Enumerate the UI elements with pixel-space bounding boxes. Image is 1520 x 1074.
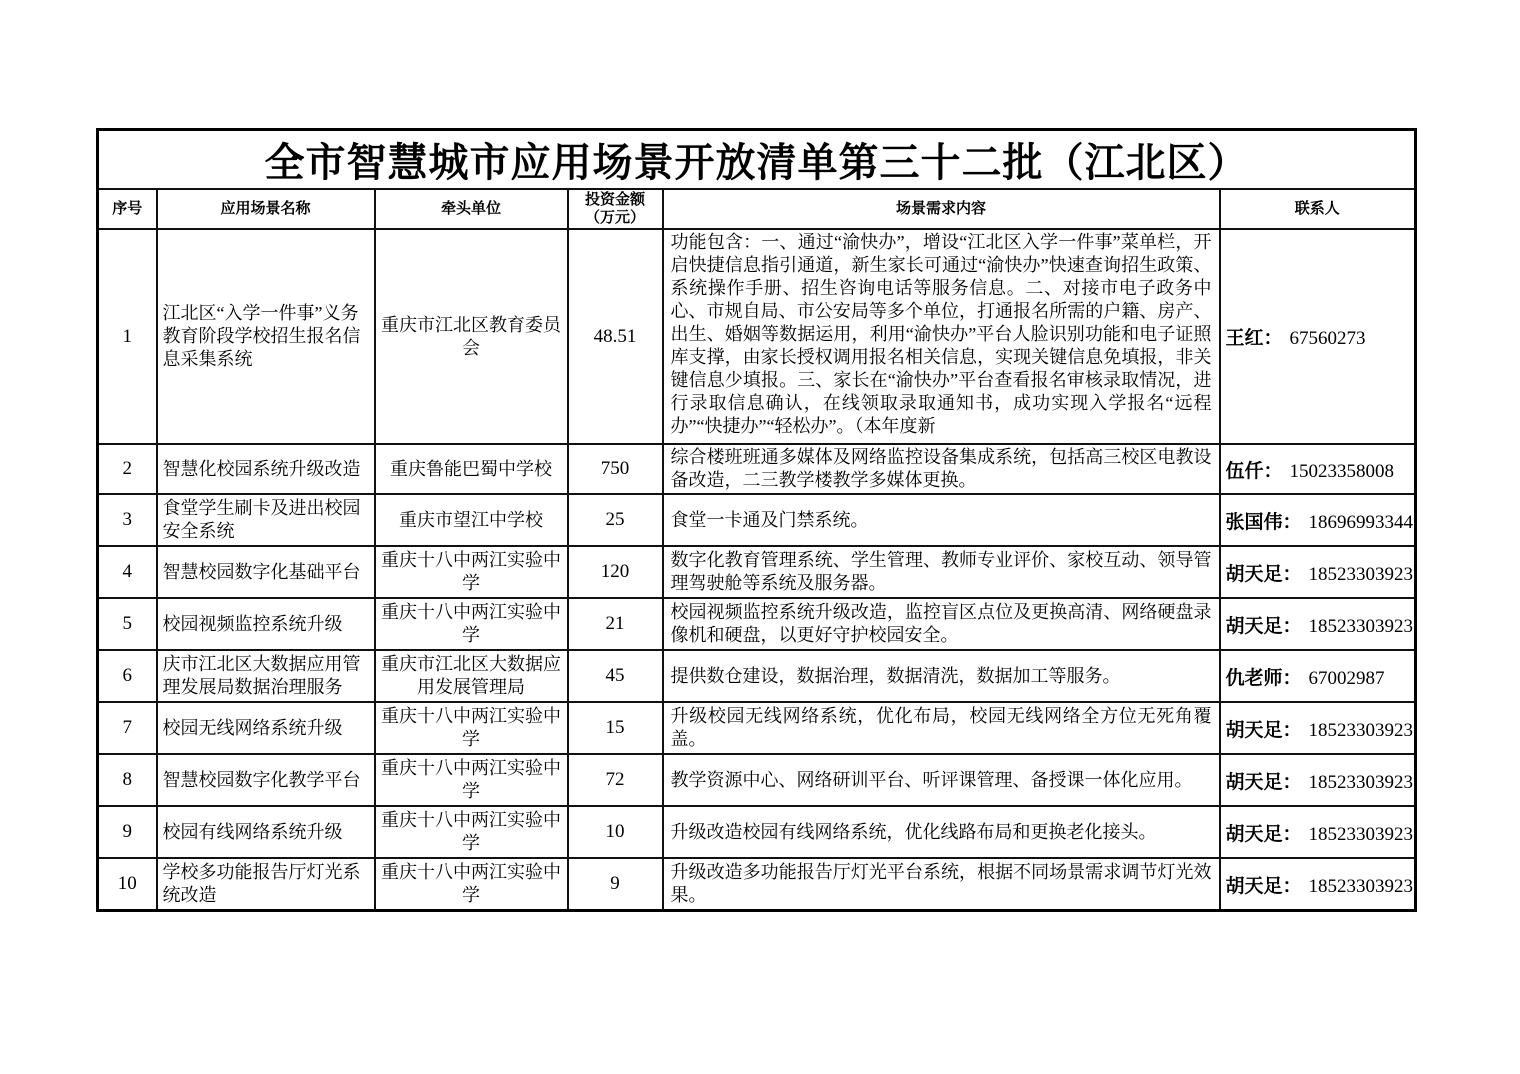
table-row: 4 智慧校园数字化基础平台 重庆十八中两江实验中学 120 数字化教育管理系统、… (98, 546, 1416, 598)
contact-phone: 18523303923 (1309, 720, 1414, 741)
cell-amount: 750 (568, 444, 663, 494)
col-header-amount-line2: （万元） (571, 209, 660, 227)
cell-name: 校园有线网络系统升级 (157, 806, 375, 858)
contact-phone: 15023358008 (1290, 461, 1395, 482)
cell-no: 8 (98, 754, 157, 806)
contact-phone: 18523303923 (1309, 564, 1414, 585)
cell-contact: 胡天足：18523303923 (1220, 702, 1416, 754)
contact-name: 胡天足： (1226, 876, 1302, 897)
cell-unit: 重庆市江北区大数据应用发展管理局 (375, 650, 568, 702)
cell-content: 升级校园无线网络系统，优化布局，校园无线网络全方位无死角覆盖。 (663, 702, 1220, 754)
cell-content: 功能包含：一、通过“渝快办”，增设“江北区入学一件事”菜单栏，开启快捷信息指引通… (663, 229, 1220, 444)
cell-no: 4 (98, 546, 157, 598)
cell-name: 智慧化校园系统升级改造 (157, 444, 375, 494)
cell-name: 食堂学生刷卡及进出校园安全系统 (157, 494, 375, 546)
cell-contact: 胡天足：18523303923 (1220, 598, 1416, 650)
cell-content: 数字化教育管理系统、学生管理、教师专业评价、家校互动、领导管理驾驶舱等系统及服务… (663, 546, 1220, 598)
table-row: 2 智慧化校园系统升级改造 重庆鲁能巴蜀中学校 750 综合楼班班通多媒体及网络… (98, 444, 1416, 494)
title-row: 全市智慧城市应用场景开放清单第三十二批（江北区） (98, 130, 1416, 190)
col-header-contact: 联系人 (1220, 189, 1416, 229)
cell-unit: 重庆十八中两江实验中学 (375, 702, 568, 754)
cell-contact: 胡天足：18523303923 (1220, 754, 1416, 806)
table-row: 7 校园无线网络系统升级 重庆十八中两江实验中学 15 升级校园无线网络系统，优… (98, 702, 1416, 754)
table-row: 1 江北区“入学一件事”义务教育阶段学校招生报名信息采集系统 重庆市江北区教育委… (98, 229, 1416, 444)
col-header-no: 序号 (98, 189, 157, 229)
document-page: 全市智慧城市应用场景开放清单第三十二批（江北区） 序号 应用场景名称 牵头单位 … (0, 0, 1520, 1074)
table-row: 3 食堂学生刷卡及进出校园安全系统 重庆市望江中学校 25 食堂一卡通及门禁系统… (98, 494, 1416, 546)
cell-content: 提供数仓建设，数据治理，数据清洗，数据加工等服务。 (663, 650, 1220, 702)
cell-contact: 胡天足：18523303923 (1220, 806, 1416, 858)
cell-contact: 胡天足：18523303923 (1220, 546, 1416, 598)
cell-contact: 伍仟：15023358008 (1220, 444, 1416, 494)
cell-no: 1 (98, 229, 157, 444)
contact-phone: 67560273 (1290, 328, 1366, 349)
cell-no: 2 (98, 444, 157, 494)
contact-phone: 67002987 (1309, 668, 1385, 689)
cell-name: 学校多功能报告厅灯光系统改造 (157, 858, 375, 911)
contact-phone: 18523303923 (1309, 876, 1414, 897)
cell-unit: 重庆十八中两江实验中学 (375, 754, 568, 806)
cell-amount: 9 (568, 858, 663, 911)
cell-contact: 仇老师：67002987 (1220, 650, 1416, 702)
cell-unit: 重庆十八中两江实验中学 (375, 858, 568, 911)
table-row: 5 校园视频监控系统升级 重庆十八中两江实验中学 21 校园视频监控系统升级改造… (98, 598, 1416, 650)
table-row: 10 学校多功能报告厅灯光系统改造 重庆十八中两江实验中学 9 升级改造多功能报… (98, 858, 1416, 911)
cell-amount: 120 (568, 546, 663, 598)
cell-content: 升级改造校园有线网络系统，优化线路布局和更换老化接头。 (663, 806, 1220, 858)
content-text: 功能包含：一、通过“渝快办”，增设“江北区入学一件事”菜单栏，开启快捷信息指引通… (671, 231, 1212, 442)
contact-phone: 18696993344 (1309, 512, 1414, 533)
contact-name: 伍仟： (1226, 461, 1283, 482)
contact-name: 胡天足： (1226, 564, 1302, 585)
cell-no: 5 (98, 598, 157, 650)
cell-no: 6 (98, 650, 157, 702)
table-row: 9 校园有线网络系统升级 重庆十八中两江实验中学 10 升级改造校园有线网络系统… (98, 806, 1416, 858)
cell-unit: 重庆十八中两江实验中学 (375, 598, 568, 650)
contact-name: 仇老师： (1226, 668, 1302, 689)
cell-amount: 15 (568, 702, 663, 754)
cell-contact: 张国伟：18696993344 (1220, 494, 1416, 546)
cell-unit: 重庆十八中两江实验中学 (375, 806, 568, 858)
cell-name: 智慧校园数字化基础平台 (157, 546, 375, 598)
col-header-name: 应用场景名称 (157, 189, 375, 229)
cell-unit: 重庆市望江中学校 (375, 494, 568, 546)
contact-phone: 18523303923 (1309, 772, 1414, 793)
cell-no: 3 (98, 494, 157, 546)
cell-amount: 25 (568, 494, 663, 546)
contact-phone: 18523303923 (1309, 824, 1414, 845)
col-header-content: 场景需求内容 (663, 189, 1220, 229)
cell-content: 综合楼班班通多媒体及网络监控设备集成系统，包括高三校区电教设备改造，二三教学楼教… (663, 444, 1220, 494)
col-header-amount-line1: 投资金额 (571, 191, 660, 209)
cell-no: 7 (98, 702, 157, 754)
col-header-amount: 投资金额（万元） (568, 189, 663, 229)
open-list-table: 全市智慧城市应用场景开放清单第三十二批（江北区） 序号 应用场景名称 牵头单位 … (96, 128, 1417, 912)
cell-content: 升级改造多功能报告厅灯光平台系统，根据不同场景需求调节灯光效果。 (663, 858, 1220, 911)
contact-name: 胡天足： (1226, 824, 1302, 845)
cell-contact: 王红：67560273 (1220, 229, 1416, 444)
header-row: 序号 应用场景名称 牵头单位 投资金额（万元） 场景需求内容 联系人 (98, 189, 1416, 229)
contact-phone: 18523303923 (1309, 616, 1414, 637)
contact-name: 胡天足： (1226, 772, 1302, 793)
cell-content: 食堂一卡通及门禁系统。 (663, 494, 1220, 546)
page-title: 全市智慧城市应用场景开放清单第三十二批（江北区） (98, 130, 1416, 190)
cell-name: 庆市江北区大数据应用管理发展局数据治理服务 (157, 650, 375, 702)
cell-amount: 72 (568, 754, 663, 806)
cell-content: 教学资源中心、网络研训平台、听评课管理、备授课一体化应用。 (663, 754, 1220, 806)
cell-amount: 48.51 (568, 229, 663, 444)
cell-unit: 重庆鲁能巴蜀中学校 (375, 444, 568, 494)
cell-no: 10 (98, 858, 157, 911)
cell-contact: 胡天足：18523303923 (1220, 858, 1416, 911)
cell-unit: 重庆十八中两江实验中学 (375, 546, 568, 598)
cell-content: 校园视频监控系统升级改造，监控盲区点位及更换高清、网络硬盘录像机和硬盘，以更好守… (663, 598, 1220, 650)
cell-no: 9 (98, 806, 157, 858)
table-row: 8 智慧校园数字化教学平台 重庆十八中两江实验中学 72 教学资源中心、网络研训… (98, 754, 1416, 806)
contact-name: 胡天足： (1226, 616, 1302, 637)
contact-name: 张国伟： (1226, 512, 1302, 533)
cell-name: 江北区“入学一件事”义务教育阶段学校招生报名信息采集系统 (157, 229, 375, 444)
cell-name: 校园无线网络系统升级 (157, 702, 375, 754)
contact-name: 胡天足： (1226, 720, 1302, 741)
col-header-unit: 牵头单位 (375, 189, 568, 229)
table-row: 6 庆市江北区大数据应用管理发展局数据治理服务 重庆市江北区大数据应用发展管理局… (98, 650, 1416, 702)
cell-name: 校园视频监控系统升级 (157, 598, 375, 650)
cell-amount: 45 (568, 650, 663, 702)
cell-unit: 重庆市江北区教育委员会 (375, 229, 568, 444)
cell-amount: 10 (568, 806, 663, 858)
cell-name: 智慧校园数字化教学平台 (157, 754, 375, 806)
cell-amount: 21 (568, 598, 663, 650)
contact-name: 王红： (1226, 328, 1283, 349)
